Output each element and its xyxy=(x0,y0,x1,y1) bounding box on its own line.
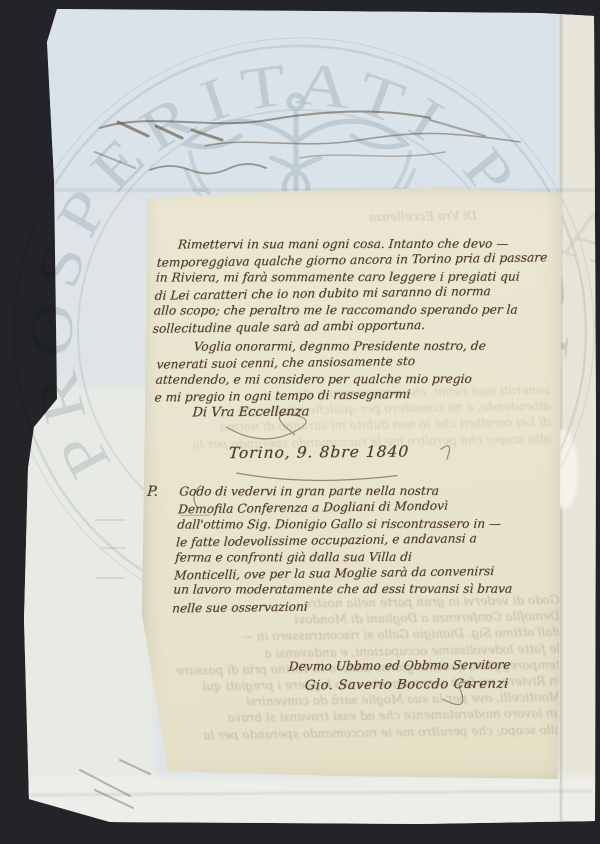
cover-top-tint xyxy=(40,6,600,192)
letter-body-paragraph: Rimettervi in sua mani ogni cosa. Intant… xyxy=(152,234,548,336)
postscript-initial: P. xyxy=(147,484,159,501)
bottom-crease-line xyxy=(30,790,592,796)
signature-title-line: Devmo Ubbmo ed Obbmo Servitore xyxy=(288,657,511,675)
letter-courtesy-paragraph: Voglia onorarmi, degnmo Presidente nostr… xyxy=(154,337,486,405)
cover-bottom-strip xyxy=(24,776,598,828)
letter-sheet: Di Vra Eccellenza venerati suoi cenni, c… xyxy=(141,184,565,784)
cover-right-strip xyxy=(559,12,599,826)
bleedthrough-top-line: Di Vra Eccellenza xyxy=(369,209,477,225)
scanned-document: PROSPERITATI PVBLICAE A xyxy=(0,0,600,844)
valediction-line: Di Vra Eccellenza xyxy=(192,404,310,421)
dateline: Torino, 9. 8bre 1840 xyxy=(228,444,409,462)
cover-left-white-area xyxy=(14,386,154,828)
signature-name: Gio. Saverio Boccdo Carenzi xyxy=(304,677,509,695)
